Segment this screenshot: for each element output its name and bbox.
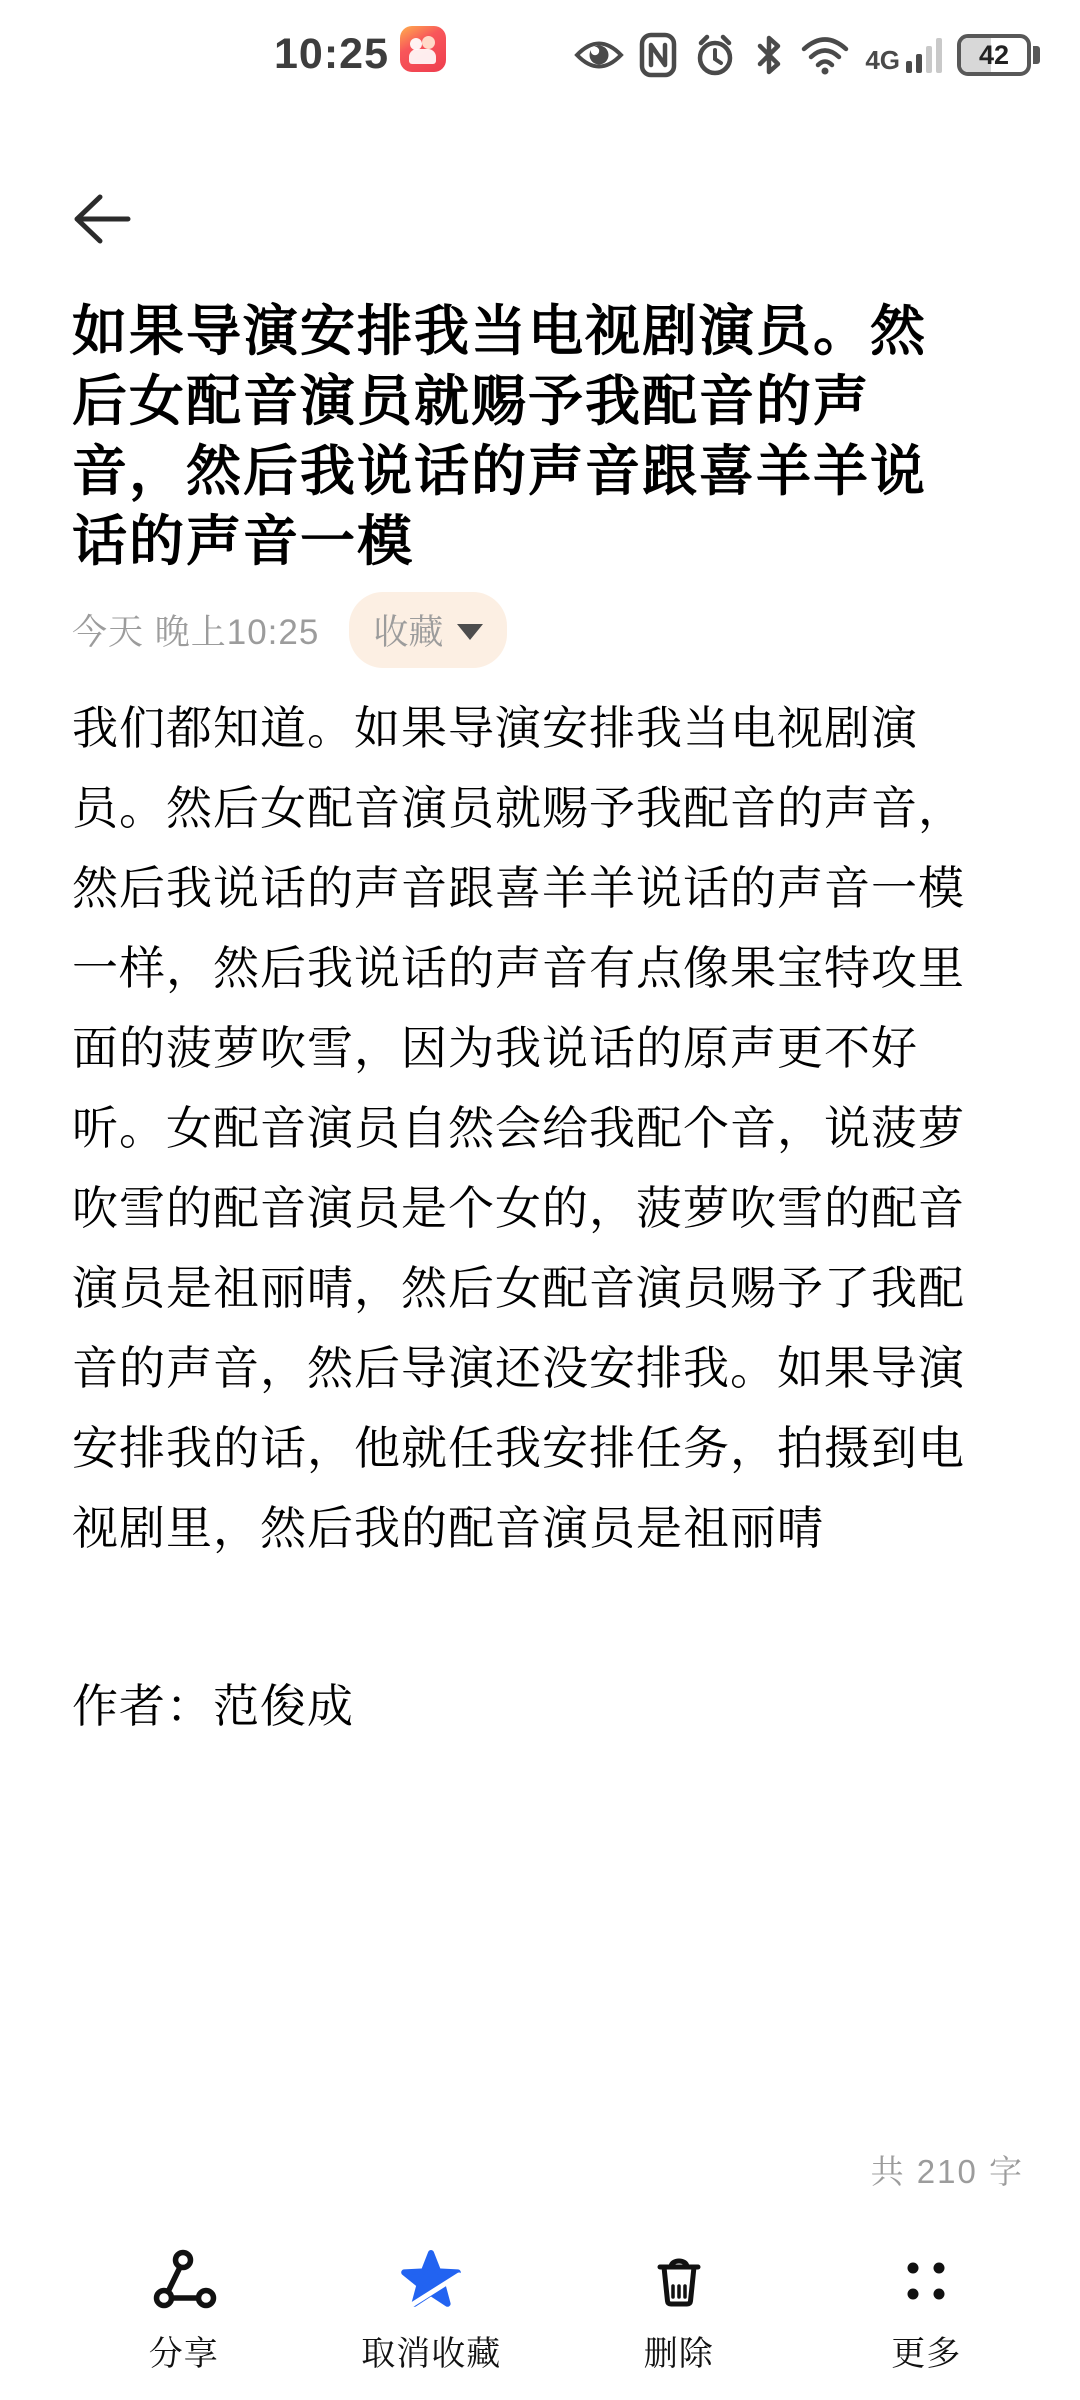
body-line: 一样，然后我说话的声音有点像果宝特攻里 [72,928,1032,1008]
alarm-icon [692,32,738,78]
delete-button[interactable]: 删除 [555,2248,803,2400]
note-meta-row: 今天 晚上10:25 收藏 [72,592,507,668]
body-line: 然后我说话的声音跟喜羊羊说话的声音一模 [72,848,1032,928]
note-body: 我们都知道。如果导演安排我当电视剧演 员。然后女配音演员就赐予我配音的声音， 然… [72,688,1032,1568]
title-line: 音，然后我说话的声音跟喜羊羊说 [72,436,1032,506]
notification-app-icon [400,26,446,72]
more-button[interactable]: 更多 [803,2248,1051,2400]
title-line: 如果导演安排我当电视剧演员。然 [72,296,1032,366]
unfavorite-label: 取消收藏 [361,2326,501,2375]
favorite-tag-label: 收藏 [373,605,443,655]
word-count: 共 210 字 [871,2146,1024,2193]
unfavorite-button[interactable]: 取消收藏 [308,2248,556,2400]
back-button[interactable] [64,184,134,254]
more-label: 更多 [891,2326,961,2375]
nfc-icon [639,32,677,78]
caret-down-icon [457,624,483,640]
body-line: 面的菠萝吹雪，因为我说话的原声更不好 [72,1008,1032,1088]
wifi-icon [800,35,850,75]
note-title: 如果导演安排我当电视剧演员。然 后女配音演员就赐予我配音的声 音，然后我说话的声… [72,296,1032,576]
network-type-label: 4G [865,47,900,73]
eye-comfort-icon [574,37,624,73]
note-timestamp: 今天 晚上10:25 [72,605,319,655]
back-arrow-icon [64,184,134,254]
star-icon [398,2248,464,2314]
body-line: 视剧里，然后我的配音演员是祖丽晴 [72,1488,1032,1568]
title-line: 后女配音演员就赐予我配音的声 [72,366,1032,436]
bottom-toolbar: 分享 取消收藏 删除 更多 [0,2248,1080,2400]
favorite-tag-dropdown[interactable]: 收藏 [349,592,507,668]
signal-4g-icon: 4G [865,38,942,73]
status-icons: 4G 42 [574,28,1040,82]
battery-icon: 42 [957,34,1040,76]
body-line: 员。然后女配音演员就赐予我配音的声音， [72,768,1032,848]
body-line: 安排我的话，他就任我安排任务，拍摄到电 [72,1408,1032,1488]
body-line: 我们都知道。如果导演安排我当电视剧演 [72,688,1032,768]
body-line: 听。女配音演员自然会给我配个音，说菠萝 [72,1088,1032,1168]
body-line: 音的声音，然后导演还没安排我。如果导演 [72,1328,1032,1408]
title-line: 话的声音一模 [72,506,1032,576]
share-label: 分享 [149,2326,219,2375]
bluetooth-icon [753,32,785,78]
share-icon [151,2248,217,2314]
share-button[interactable]: 分享 [60,2248,308,2400]
author-line: 作者：范俊成 [72,1666,354,1746]
more-dots-icon [893,2248,959,2314]
trash-icon [646,2248,712,2314]
body-line: 演员是祖丽晴，然后女配音演员赐予了我配 [72,1248,1032,1328]
status-time: 10:25 [274,30,389,79]
battery-percent: 42 [979,40,1009,71]
note-viewer-screen: 10:25 [0,0,1080,2400]
body-line: 吹雪的配音演员是个女的，菠萝吹雪的配音 [72,1168,1032,1248]
delete-label: 删除 [644,2326,714,2375]
